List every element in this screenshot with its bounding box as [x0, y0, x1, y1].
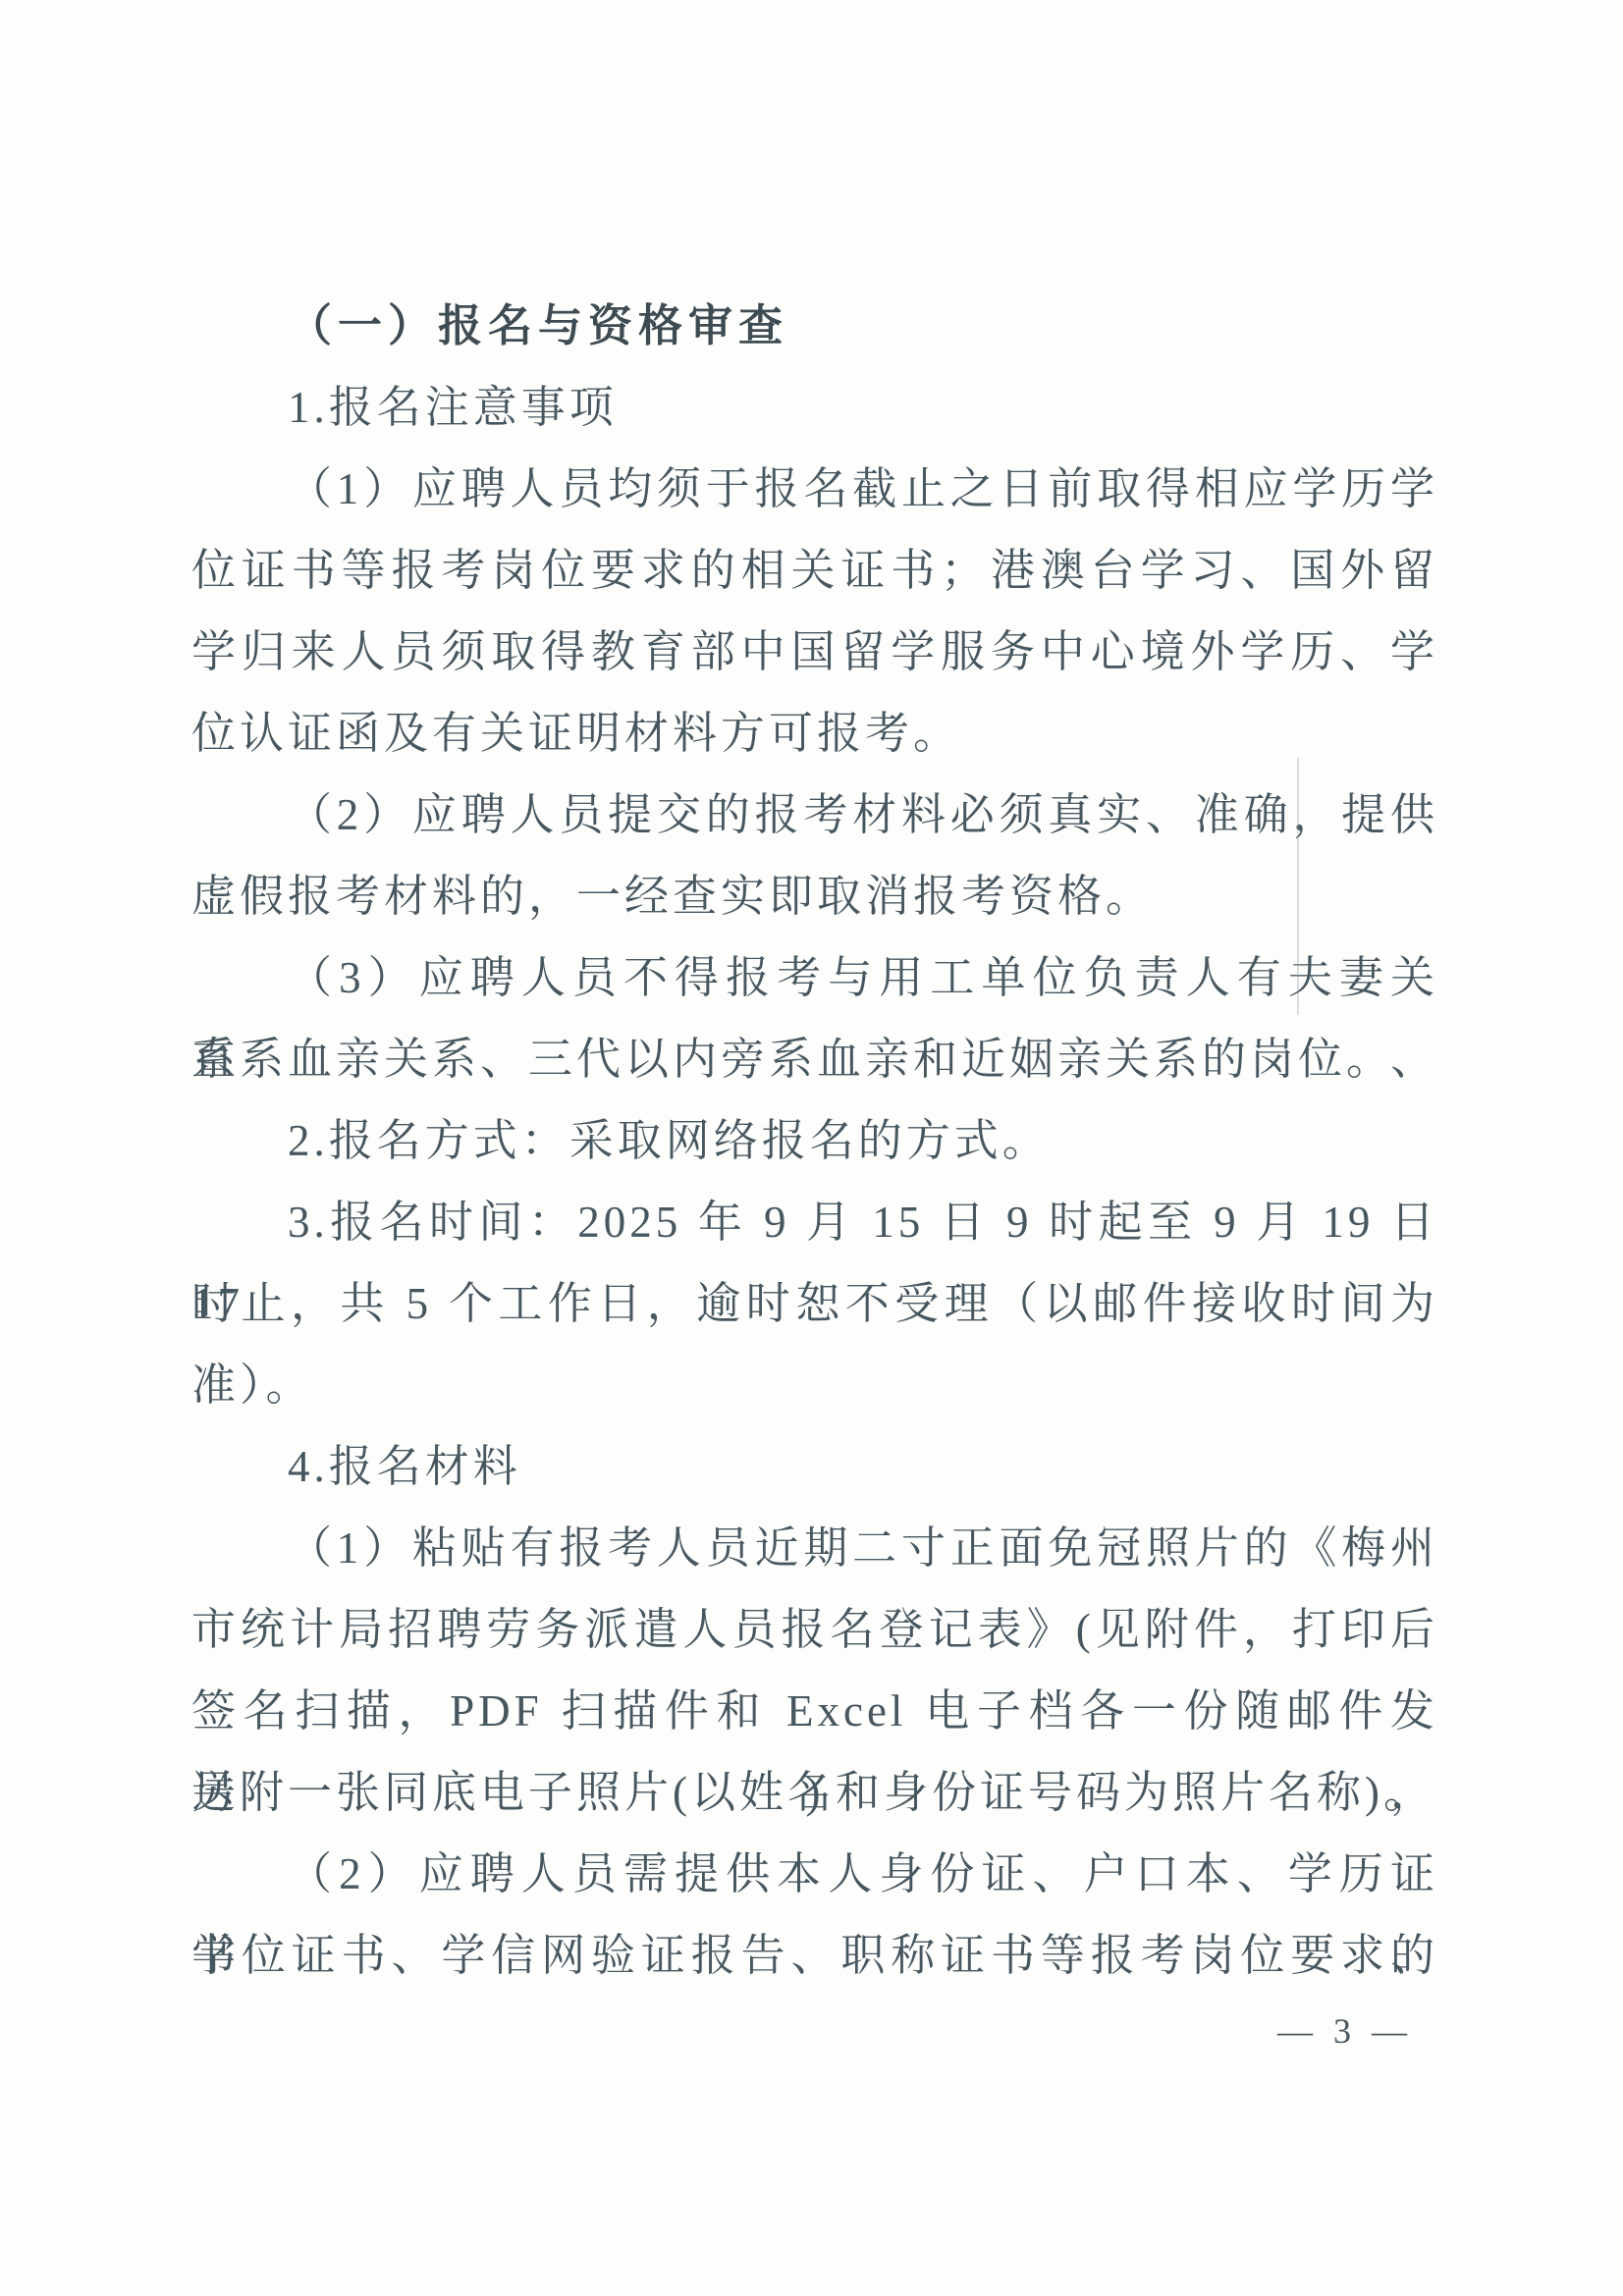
scan-artifact-line	[1297, 758, 1299, 1015]
document-body: （一）报名与资格审查1.报名注意事项（1）应聘人员均须于报名截止之日前取得相应学…	[191, 286, 1438, 1997]
text-line: 另附一张同底电子照片(以姓名和身份证号码为照片名称)。	[191, 1752, 1438, 1834]
text-line: 学归来人员须取得教育部中国留学服务中心境外学历、学	[191, 612, 1438, 693]
page-number: — 3 —	[1247, 2010, 1443, 2052]
text-line: 签名扫描，PDF 扫描件和 Excel 电子档各一份随邮件发送)，	[191, 1671, 1438, 1752]
text-line: 1.报名注意事项	[191, 367, 1438, 449]
text-line: 时止，共 5 个工作日，逾时恕不受理（以邮件接收时间为	[191, 1263, 1438, 1345]
text-line: 学位证书、学信网验证报告、职称证书等报考岗位要求的	[191, 1915, 1438, 1997]
text-line: 直系血亲关系、三代以内旁系血亲和近姻亲关系的岗位。	[191, 1019, 1438, 1100]
text-line: 位证书等报考岗位要求的相关证书；港澳台学习、国外留	[191, 530, 1438, 612]
text-line: 虚假报考材料的，一经查实即取消报考资格。	[191, 856, 1438, 937]
text-line: 4.报名材料	[191, 1426, 1438, 1508]
document-page: （一）报名与资格审查1.报名注意事项（1）应聘人员均须于报名截止之日前取得相应学…	[0, 0, 1623, 2296]
text-line: （1）应聘人员均须于报名截止之日前取得相应学历学	[191, 449, 1438, 530]
text-line: （3）应聘人员不得报考与用工单位负责人有夫妻关系、	[191, 937, 1438, 1019]
text-line: 准）。	[191, 1345, 1438, 1426]
text-line: 3.报名时间：2025 年 9 月 15 日 9 时起至 9 月 19 日 17	[191, 1182, 1438, 1263]
text-line: 市统计局招聘劳务派遣人员报名登记表》(见附件，打印后	[191, 1589, 1438, 1671]
text-line: （2）应聘人员提交的报考材料必须真实、准确，提供	[191, 774, 1438, 856]
text-line: （2）应聘人员需提供本人身份证、户口本、学历证书、	[191, 1834, 1438, 1915]
section-heading: （一）报名与资格审查	[191, 286, 1438, 367]
text-line: （1）粘贴有报考人员近期二寸正面免冠照片的《梅州	[191, 1508, 1438, 1589]
text-line: 2.报名方式：采取网络报名的方式。	[191, 1100, 1438, 1182]
text-line: 位认证函及有关证明材料方可报考。	[191, 693, 1438, 774]
